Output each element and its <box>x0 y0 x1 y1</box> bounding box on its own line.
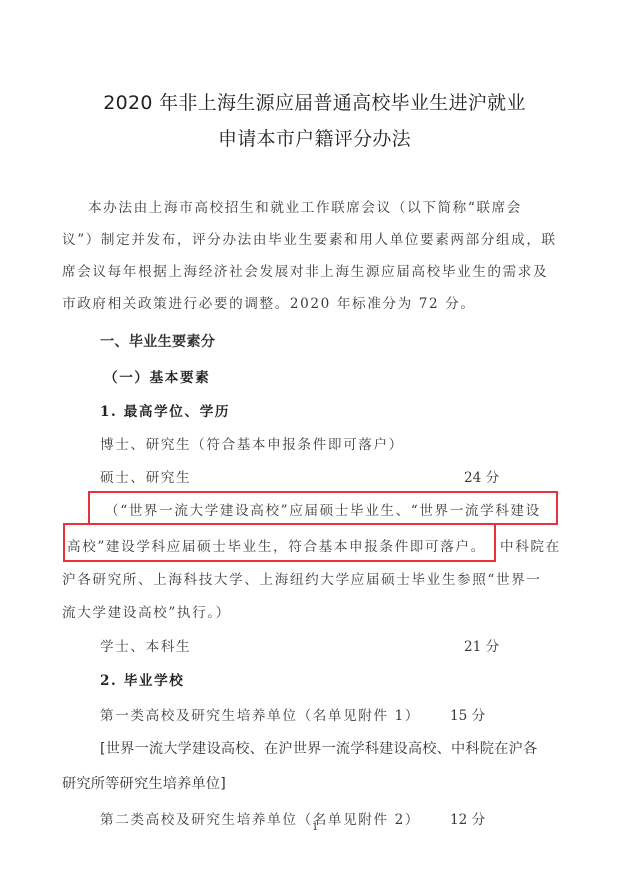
highlight-note-line-4: 流大学建设高校”执行。） <box>62 601 231 621</box>
item-heading-degree: 1. 最高学位、学历 <box>100 400 230 420</box>
intro-line-3: 席会议每年根据上海经济社会发展对非上海生源应届高校毕业生的需求及 <box>62 260 548 280</box>
highlight-note-line-2-tail: 中科院在 <box>500 535 561 555</box>
item-heading-school: 2. 毕业学校 <box>100 669 185 689</box>
degree-doctor: 博士、研究生（符合基本申报条件即可落户） <box>100 433 404 453</box>
document-title-line-1: 2020 年非上海生源应届普通高校毕业生进沪就业 <box>0 88 629 115</box>
subsection-heading: （一）基本要素 <box>104 366 210 386</box>
degree-master-score: 24 分 <box>464 466 499 486</box>
school-tier-1: 第一类高校及研究生培养单位（名单见附件 1） <box>100 704 420 724</box>
section-heading: 一、毕业生要素分 <box>100 331 215 351</box>
degree-bachelor-score: 21 分 <box>464 635 499 655</box>
highlight-note-line-3: 沪各研究所、上海科技大学、上海纽约大学应届硕士毕业生参照“世界一 <box>62 568 542 588</box>
degree-bachelor: 学士、本科生 <box>100 635 191 655</box>
page-number: 1 <box>312 822 318 833</box>
school-tier-2-score: 12 分 <box>450 808 485 828</box>
highlight-box-2 <box>63 523 496 562</box>
degree-master: 硕士、研究生 <box>100 466 191 486</box>
tier1-note-line-2: 研究所等研究生培养单位] <box>62 773 226 793</box>
intro-line-2: 议”）制定并发布，评分办法由毕业生要素和用人单位要素两部分组成，联 <box>62 228 557 248</box>
intro-line-1: 本办法由上海市高校招生和就业工作联席会议（以下简称“联席会 <box>88 196 522 216</box>
highlight-box-1 <box>88 491 558 525</box>
school-tier-1-score: 15 分 <box>450 704 485 724</box>
document-title-line-2: 申请本市户籍评分办法 <box>0 124 629 151</box>
tier1-note-line-1: [世界一流大学建设高校、在沪世界一流学科建设高校、中科院在沪各 <box>100 738 537 758</box>
school-tier-2: 第二类高校及研究生培养单位（名单见附件 2） <box>100 808 420 828</box>
intro-line-4: 市政府相关政策进行必要的调整。2020 年标准分为 72 分。 <box>62 292 476 312</box>
